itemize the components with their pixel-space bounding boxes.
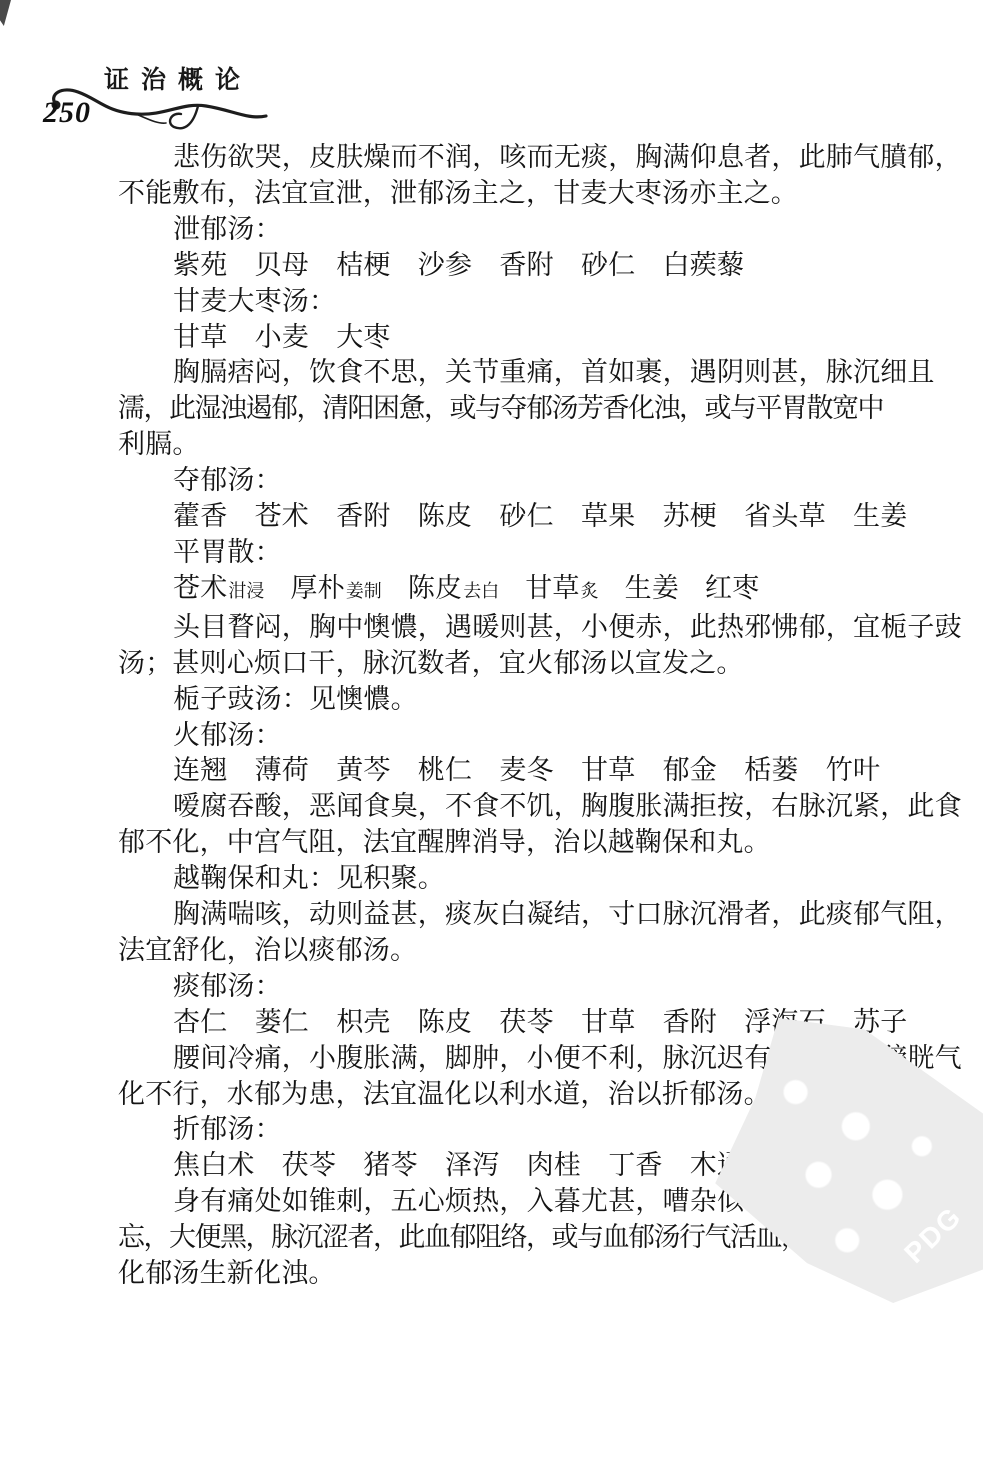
text-line: 郁不化，中宫气阻，法宜醒脾消导，治以越鞠保和丸。: [118, 825, 918, 861]
herb-with-note: 厚朴姜制: [290, 571, 381, 610]
scan-artifact: [0, 0, 11, 26]
text-line: 火郁汤：: [118, 718, 918, 754]
text-line: 化郁汤生新化浊。: [118, 1256, 918, 1292]
text-line: 紫苑 贝母 桔梗 沙参 香附 砂仁 白蒺藜: [118, 248, 918, 284]
text-line: 杏仁 蒌仁 枳壳 陈皮 茯苓 甘草 香附 浮海石 苏子: [118, 1005, 918, 1041]
book-page: 证治概论 250 悲伤欲哭，皮肤燥而不润，咳而无痰，胸满仰息者，此肺气膹郁，不能…: [0, 0, 983, 1470]
text-line: 不能敷布，法宜宣泄，泄郁汤主之，甘麦大枣汤亦主之。: [118, 176, 918, 212]
text-line: 汤；甚则心烦口干，脉沉数者，宜火郁汤以宣发之。: [118, 646, 918, 682]
text-line: 痰郁汤：: [118, 969, 918, 1005]
text-line: 利膈。: [118, 427, 918, 463]
text-line: 胸膈痞闷，饮食不思，关节重痛，首如裹，遇阴则甚，脉沉细且: [118, 355, 918, 391]
herb-with-note: 苍术泔浸: [173, 571, 264, 610]
page-number: 250: [43, 96, 91, 130]
text-line: 甘麦大枣汤：: [118, 284, 918, 320]
text-line: 胸满喘咳，动则益甚，痰灰白凝结，寸口脉沉滑者，此痰郁气阻，: [118, 897, 918, 933]
text-line: 藿香 苍术 香附 陈皮 砂仁 草果 苏梗 省头草 生姜: [118, 499, 918, 535]
herb-with-note: 红枣: [705, 571, 759, 607]
text-line: 越鞠保和丸：见积聚。: [118, 861, 918, 897]
text-line: 甘草 小麦 大枣: [118, 320, 918, 356]
text-line: 折郁汤：: [118, 1112, 918, 1148]
text-line: 嗳腐吞酸，恶闻食臭，不食不饥，胸腹胀满拒按，右脉沉紧，此食: [118, 789, 918, 825]
text-line: 忘，大便黑，脉沉涩者，此血郁阻络，或与血郁汤行气活血，或与四物: [118, 1220, 918, 1256]
text-line: 平胃散：: [118, 535, 918, 571]
herb-with-note: 甘草炙: [525, 571, 598, 610]
text-line: 法宜舒化，治以痰郁汤。: [118, 933, 918, 969]
text-line: 化不行，水郁为患，法宜温化以利水道，治以折郁汤。: [118, 1077, 918, 1113]
text-line: 濡，此湿浊遏郁，清阳困惫，或与夺郁汤芳香化浊，或与平胃散宽中: [118, 391, 918, 427]
text-line: 悲伤欲哭，皮肤燥而不润，咳而无痰，胸满仰息者，此肺气膹郁，: [118, 140, 918, 176]
text-line: 焦白术 茯苓 猪苓 泽泻 肉桂 丁香 木通 白蔻仁: [118, 1148, 918, 1184]
text-line: 头目瞀闷，胸中懊憹，遇暖则甚，小便赤，此热邪怫郁，宜栀子豉: [118, 610, 918, 646]
text-line: 连翘 薄荷 黄芩 桃仁 麦冬 甘草 郁金 栝蒌 竹叶: [118, 753, 918, 789]
text-line: 身有痛处如锥刺，五心烦热，入暮尤甚，嘈杂似饥，四肢无力，健: [118, 1184, 918, 1220]
body-text: 悲伤欲哭，皮肤燥而不润，咳而无痰，胸满仰息者，此肺气膹郁，不能敷布，法宜宣泄，泄…: [118, 140, 918, 1292]
text-line: 泄郁汤：: [118, 212, 918, 248]
text-line: 栀子豉汤：见懊憹。: [118, 682, 918, 718]
text-line: 苍术泔浸厚朴姜制陈皮去白甘草炙生姜红枣: [118, 571, 918, 610]
text-line: 夺郁汤：: [118, 463, 918, 499]
herb-with-note: 陈皮去白: [408, 571, 499, 610]
herb-with-note: 生姜: [625, 571, 679, 607]
text-line: 腰间冷痛，小腹胀满，脚肿，小便不利，脉沉迟有力者，此膀胱气: [118, 1041, 918, 1077]
